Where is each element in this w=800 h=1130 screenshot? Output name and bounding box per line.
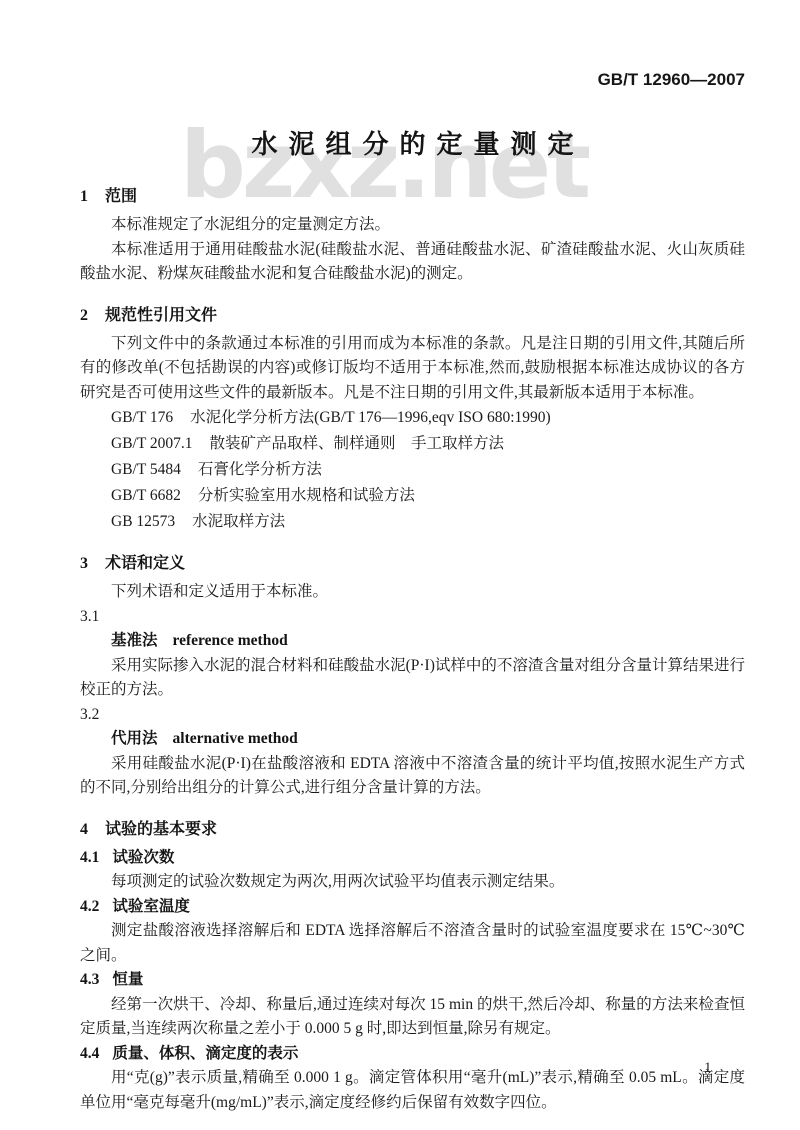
page-content: GB/T 12960—2007 水泥组分的定量测定 1范围 本标准规定了水泥组分… bbox=[0, 0, 800, 1115]
subsection-4-4-heading: 4.4质量、体积、滴定度的表示 bbox=[80, 1042, 745, 1067]
section-title: 试验的基本要求 bbox=[105, 821, 217, 838]
reference-item: GB/T 2007.1散装矿产品取样、制样通则 手工取样方法 bbox=[80, 431, 745, 457]
document-page: bzxz.net GB/T 12960—2007 水泥组分的定量测定 1范围 本… bbox=[0, 0, 800, 1130]
subsection-number: 4.3 bbox=[80, 971, 99, 988]
reference-code: GB/T 176 bbox=[111, 409, 173, 426]
reference-code: GB/T 6682 bbox=[111, 487, 181, 504]
subsection-number: 4.2 bbox=[80, 898, 99, 915]
term-definition-heading: 代用法alternative method bbox=[80, 727, 745, 752]
paragraph: 每项测定的试验次数规定为两次,用两次试验平均值表示测定结果。 bbox=[80, 870, 745, 895]
section-scope: 1范围 本标准规定了水泥组分的定量测定方法。 本标准适用于通用硅酸盐水泥(硅酸盐… bbox=[80, 186, 745, 287]
page-number: 1 bbox=[704, 1058, 712, 1078]
section-test-requirements: 4试验的基本要求 4.1试验次数 每项测定的试验次数规定为两次,用两次试验平均值… bbox=[80, 819, 745, 1116]
subsection-number: 4.1 bbox=[80, 849, 99, 866]
paragraph: 测定盐酸溶液选择溶解后和 EDTA 选择溶解后不溶渣含量时的试验室温度要求在 1… bbox=[80, 919, 745, 968]
section-title: 术语和定义 bbox=[105, 555, 185, 572]
section-title: 规范性引用文件 bbox=[105, 307, 217, 324]
term-number: 3.2 bbox=[80, 703, 745, 728]
section-terms-definitions: 3术语和定义 下列术语和定义适用于本标准。 3.1 基准法reference m… bbox=[80, 553, 745, 801]
section-4-heading: 4试验的基本要求 bbox=[80, 819, 745, 841]
subsection-4-2-heading: 4.2试验室温度 bbox=[80, 895, 745, 920]
section-1-heading: 1范围 bbox=[80, 186, 745, 208]
term-definition-heading: 基准法reference method bbox=[80, 629, 745, 654]
paragraph: 采用实际掺入水泥的混合材料和硅酸盐水泥(P·I)试样中的不溶渣含量对组分含量计算… bbox=[80, 654, 745, 703]
subsection-title: 质量、体积、滴定度的表示 bbox=[112, 1045, 298, 1062]
paragraph: 下列术语和定义适用于本标准。 bbox=[80, 580, 745, 605]
reference-title: 分析实验室用水规格和试验方法 bbox=[198, 487, 415, 504]
reference-code: GB/T 5484 bbox=[111, 461, 181, 478]
subsection-number: 4.4 bbox=[80, 1045, 99, 1062]
subsection-4-3-heading: 4.3恒量 bbox=[80, 968, 745, 993]
term-chinese: 基准法 bbox=[111, 632, 158, 649]
section-normative-references: 2规范性引用文件 下列文件中的条款通过本标准的引用而成为本标准的条款。凡是注日期… bbox=[80, 305, 745, 536]
subsection-title: 试验室温度 bbox=[112, 898, 190, 915]
reference-code: GB 12573 bbox=[111, 513, 175, 530]
reference-title: 水泥化学分析方法(GB/T 176—1996,eqv ISO 680:1990) bbox=[190, 409, 551, 426]
reference-item: GB/T 176水泥化学分析方法(GB/T 176—1996,eqv ISO 6… bbox=[80, 405, 745, 431]
subsection-4-1-heading: 4.1试验次数 bbox=[80, 846, 745, 871]
section-title: 范围 bbox=[105, 188, 137, 205]
term-english: alternative method bbox=[173, 730, 298, 747]
term-english: reference method bbox=[173, 632, 288, 649]
section-3-heading: 3术语和定义 bbox=[80, 553, 745, 575]
reference-item: GB/T 5484石膏化学分析方法 bbox=[80, 457, 745, 483]
reference-title: 散装矿产品取样、制样通则 手工取样方法 bbox=[210, 435, 505, 452]
reference-title: 水泥取样方法 bbox=[192, 513, 285, 530]
paragraph: 采用硅酸盐水泥(P·I)在盐酸溶液和 EDTA 溶液中不溶渣含量的统计平均值,按… bbox=[80, 752, 745, 801]
reference-item: GB/T 6682分析实验室用水规格和试验方法 bbox=[80, 483, 745, 509]
standard-code: GB/T 12960—2007 bbox=[80, 70, 745, 90]
paragraph: 下列文件中的条款通过本标准的引用而成为本标准的条款。凡是注日期的引用文件,其随后… bbox=[80, 332, 745, 406]
section-number: 3 bbox=[80, 555, 88, 572]
reference-item: GB 12573水泥取样方法 bbox=[80, 509, 745, 535]
term-number: 3.1 bbox=[80, 605, 745, 630]
reference-title: 石膏化学分析方法 bbox=[198, 461, 322, 478]
section-number: 4 bbox=[80, 821, 88, 838]
paragraph: 本标准适用于通用硅酸盐水泥(硅酸盐水泥、普通硅酸盐水泥、矿渣硅酸盐水泥、火山灰质… bbox=[80, 238, 745, 287]
reference-code: GB/T 2007.1 bbox=[111, 435, 193, 452]
paragraph: 用“克(g)”表示质量,精确至 0.000 1 g。滴定管体积用“毫升(mL)”… bbox=[80, 1066, 745, 1115]
section-number: 2 bbox=[80, 307, 88, 324]
subsection-title: 恒量 bbox=[112, 971, 143, 988]
term-chinese: 代用法 bbox=[111, 730, 158, 747]
section-number: 1 bbox=[80, 188, 88, 205]
paragraph: 经第一次烘干、冷却、称量后,通过连续对每次 15 min 的烘干,然后冷却、称量… bbox=[80, 993, 745, 1042]
subsection-title: 试验次数 bbox=[112, 849, 174, 866]
paragraph: 本标准规定了水泥组分的定量测定方法。 bbox=[80, 213, 745, 238]
section-2-heading: 2规范性引用文件 bbox=[80, 305, 745, 327]
document-title: 水泥组分的定量测定 bbox=[80, 128, 745, 162]
